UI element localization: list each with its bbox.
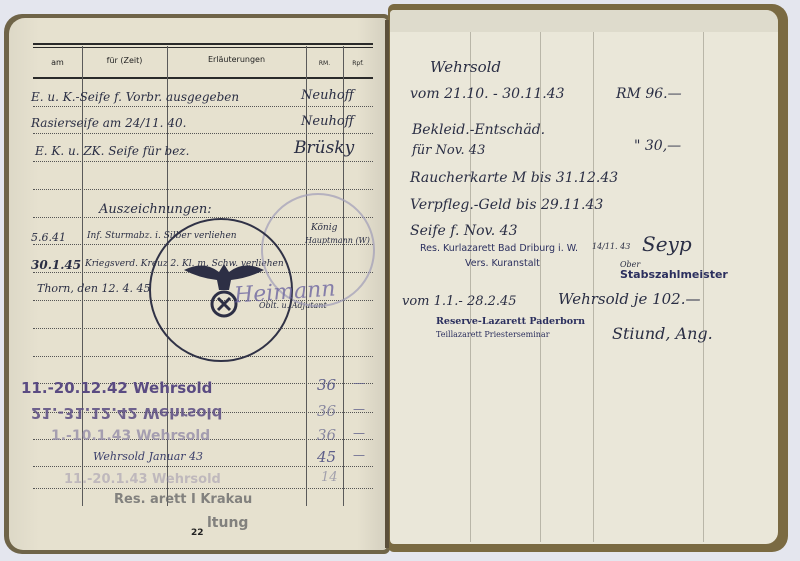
pay-amount: 36: [317, 426, 336, 444]
header-top-rule-thin: [33, 47, 373, 48]
bottom-stamp-line1: Res. arett I Krakau: [114, 492, 252, 507]
column-divider: [540, 32, 541, 542]
wehrsold-45-left: vom 1.1.- 28.2.45: [402, 294, 517, 309]
pay-rpf: —: [353, 426, 365, 440]
award-text: Thorn, den 12. 4. 45: [37, 282, 151, 295]
pay-rpf: —: [353, 448, 365, 462]
right-page: Wehrsold vom 21.10. - 30.11.43 RM 96.— B…: [390, 10, 778, 544]
entry-text: E. K. u. ZK. Seife für bez.: [35, 144, 189, 158]
right-entry: Seife f. Nov. 43: [410, 223, 518, 239]
pay-stamp: 1.-10.1.43 Wehrsold: [51, 428, 210, 444]
right-page-top-band: [390, 10, 778, 32]
header-am: am: [33, 58, 82, 67]
right-entry-amount: RM 96.—: [616, 86, 682, 102]
header-bottom-rule: [33, 77, 373, 79]
paderborn-stamp-line2: Teillazarett Priesterseminar: [436, 330, 550, 339]
pay-stamp: 11.-20.1.43 Wehrsold: [64, 472, 221, 487]
pay-stamp-inverted: 21.-31.12.42 Wehrsold: [31, 404, 222, 422]
wehrsold-45-right1: Wehrsold je 102.—: [558, 290, 701, 308]
header-erlaeuterungen: Erläuterungen: [167, 55, 306, 64]
right-entry: Bekleid.-Entschäd.: [412, 122, 545, 138]
bottom-stamp-line2: ltung: [207, 515, 248, 531]
entry-text: Rasierseife am 24/11. 40.: [31, 116, 186, 130]
right-entry: Wehrsold: [430, 58, 501, 76]
pay-amount: 45: [317, 448, 336, 466]
stabszahlmeister-stamp: Stabszahlmeister: [620, 268, 728, 281]
column-divider: [593, 32, 594, 542]
row-line: [33, 189, 373, 190]
pay-rpf: —: [353, 376, 365, 390]
paderborn-stamp-line1: Reserve-Lazarett Paderborn: [436, 316, 585, 327]
row-line: [33, 488, 373, 489]
wehrsold-45-right2: Stiund, Ang.: [612, 324, 713, 343]
row-line: [33, 161, 373, 162]
row-line: [33, 133, 373, 134]
entry-text: E. u. K.-Seife f. Vorbr. ausgegeben: [31, 90, 239, 104]
header-rpf: Rpf.: [343, 60, 373, 67]
pay-amount: 36: [317, 376, 336, 394]
right-entry: Raucherkarte M bis 31.12.43: [410, 170, 618, 186]
pay-entry-handwritten: Wehrsold Januar 43: [93, 450, 203, 463]
page-number: 22: [191, 528, 204, 538]
awards-heading: Auszeichnungen:: [99, 202, 212, 217]
kurlazarett-stamp-line1: Res. Kurlazarett Bad Driburg i. W.: [420, 243, 578, 254]
right-entry-amount: " 30,—: [634, 138, 681, 154]
right-entry: für Nov. 43: [412, 143, 485, 158]
header-top-rule: [33, 43, 373, 45]
pay-amount: 14: [321, 470, 338, 485]
right-entry: Verpfleg.-Geld bis 29.11.43: [410, 197, 603, 213]
column-divider: [470, 32, 471, 542]
entry-signature: Neuhoff: [301, 114, 354, 129]
book-spine: [385, 20, 389, 548]
pay-amount: 36: [317, 402, 336, 420]
kurlazarett-date: 14/11. 43: [592, 242, 630, 251]
header-fuer-zeit: für (Zeit): [82, 56, 167, 65]
entry-signature: Brüsky: [294, 138, 354, 158]
award-date: 5.6.41: [31, 231, 66, 244]
header-rm: RM.: [306, 60, 343, 67]
kurlazarett-stamp-line2: Vers. Kuranstalt: [465, 258, 540, 269]
officer-signature: Seyp: [642, 232, 692, 256]
row-line: [33, 466, 373, 467]
right-entry: vom 21.10. - 30.11.43: [410, 86, 565, 102]
left-page: am für (Zeit) Erläuterungen RM. Rpf. E. …: [9, 18, 387, 550]
column-divider: [703, 32, 704, 542]
pay-stamp: 11.-20.12.42 Wehrsold: [21, 379, 212, 397]
entry-signature: Neuhoff: [301, 88, 354, 103]
row-line: [33, 106, 373, 107]
award-date: 30.1.45: [31, 258, 81, 272]
pay-rpf: —: [353, 402, 365, 416]
